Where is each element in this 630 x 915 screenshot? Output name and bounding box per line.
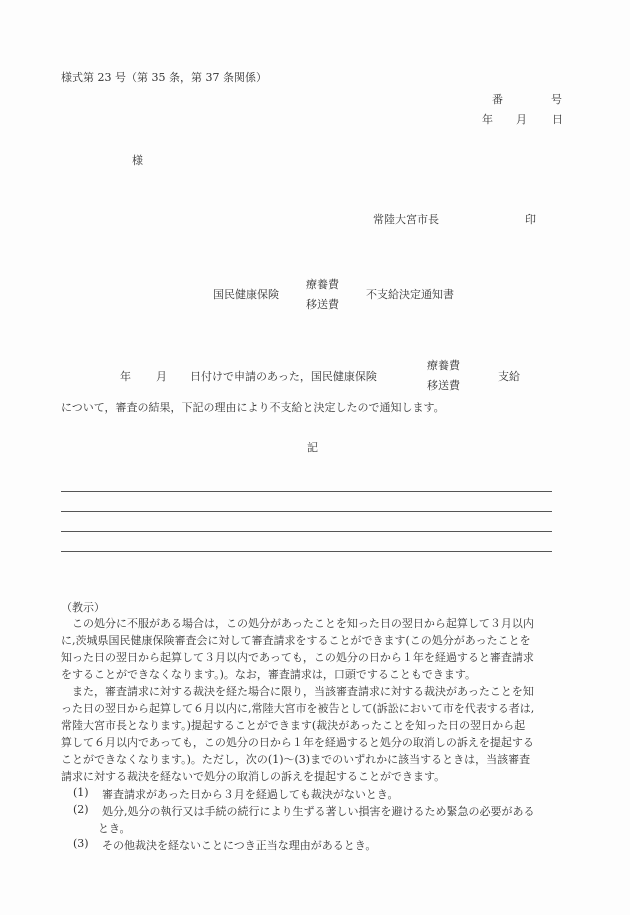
reason-line-1 (61, 491, 552, 492)
body-option-1: 療養費 (427, 357, 460, 373)
title-option-2: 移送費 (306, 296, 339, 312)
record-heading: 記 (307, 439, 318, 455)
instruction-line: 常陸大宮市長となります。)提起することができます(裁決があったことを知った日の翌… (61, 717, 561, 734)
item-text: 審査請求があった日から３月を経過しても裁決がないとき。 (102, 786, 398, 802)
body-line-2: について，審査の結果，下記の理由により不支給と決定したので通知します。 (61, 399, 445, 415)
date-month: 月 (516, 111, 527, 127)
item-continuation: とき。 (98, 820, 131, 836)
body-month: 月 (156, 368, 167, 384)
body-text-2: 支給 (498, 368, 520, 384)
body-year: 年 (120, 368, 131, 384)
issuer-name: 常陸大宮市長 (373, 211, 439, 227)
title-prefix: 国民健康保険 (213, 286, 279, 302)
instruction-heading: （教示） (61, 599, 105, 615)
title-suffix: 不支給決定通知書 (366, 286, 454, 302)
instruction-line: 知った日の翌日から起算して３月以内であっても，この処分の日から１年を経過すると審… (61, 649, 561, 666)
item-number: (1) (73, 786, 89, 799)
item-text: 処分,処分の執行又は手続の続行により生ずる著しい損害を避けるため緊急の必要がある (102, 803, 535, 819)
addressee-honorific: 様 (132, 152, 143, 168)
instruction-line: また，審査請求に対する裁決を経た場合に限り，当該審査請求に対する裁決があったこと… (61, 683, 561, 700)
instruction-paragraphs: この処分に不服がある場合は，この処分があったことを知った日の翌日から起算して３月… (61, 615, 561, 785)
reason-line-2 (61, 511, 552, 512)
reason-line-3 (61, 531, 552, 532)
instruction-line: 算して６月以内であっても，この処分の日から１年を経過すると処分の取消しの訴えを提… (61, 734, 561, 751)
body-text-1: 日付けで申請のあった，国民健康保険 (190, 368, 377, 384)
instruction-line: に,茨城県国民健康保険審査会に対して審査請求をすることができます(この処分があっ… (61, 632, 561, 649)
form-number: 様式第 23 号（第 35 条，第 37 条関係） (61, 69, 267, 85)
item-text: その他裁決を経ないことにつき正当な理由があるとき。 (102, 837, 376, 853)
instruction-line: をすることができなくなります。)。なお，審査請求は，口頭ですることもできます。 (61, 666, 561, 683)
date-day: 日 (552, 111, 563, 127)
instruction-line: この処分に不服がある場合は，この処分があったことを知った日の翌日から起算して３月… (61, 615, 561, 632)
instruction-line: った日の翌日から起算して６月以内に,常陸大宮市を被告として(訴訟において市を代表… (61, 700, 561, 717)
number-label-go: 号 (551, 91, 562, 107)
instruction-line: 請求に対する裁決を経ないで処分の取消しの訴えを提起することができます。 (61, 768, 561, 785)
number-label-ban: 番 (492, 91, 503, 107)
seal-mark: 印 (525, 211, 536, 227)
item-number: (2) (73, 803, 89, 816)
body-option-2: 移送費 (427, 377, 460, 393)
item-number: (3) (73, 837, 89, 850)
title-option-1: 療養費 (306, 276, 339, 292)
instruction-line: ことができなくなります。)。ただし，次の(1)～(3)までのいずれかに該当すると… (61, 751, 561, 768)
reason-line-4 (61, 551, 552, 552)
date-year: 年 (482, 111, 493, 127)
